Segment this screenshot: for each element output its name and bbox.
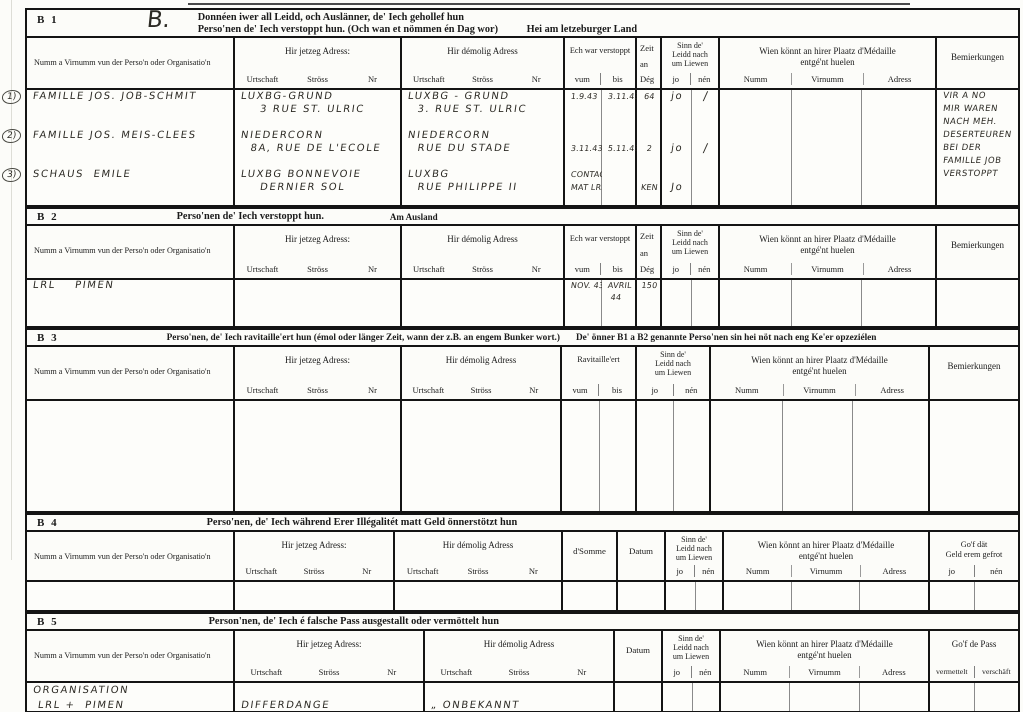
b3-col-name: Numm a Virnumm vun der Perso'n oder Orga…	[26, 346, 234, 400]
b2-col-bemierkungen: Bemierkungen	[936, 225, 1019, 279]
b3-body-jetzeg	[234, 400, 401, 512]
b4-titlebar: B 4 Perso'nen, de' Iech während Erer Ill…	[26, 514, 1019, 531]
b2-col-sinn: Sinn de'Leidd nachum Liewen jonén	[661, 225, 719, 279]
b1-col-jetzeg: Hir jetzeg Adress: UrtschaftStrössNr	[234, 37, 401, 89]
b2-titlebar: B 2 Perso'nen de' Iech verstoppt hun. Am…	[26, 208, 1019, 225]
hw-entry: DERNIER SOL	[240, 181, 402, 194]
b3-col-medaille: Wien könnt an hirer Plaatz d'Médaille en…	[710, 346, 929, 400]
hw-entry: 3 RUE ST. ULRIC	[240, 103, 402, 116]
b4-col-demolig: Hir démolig Adress UrtschaftStrössNr	[394, 531, 562, 581]
b1-col-verstoppt: Ech war verstoppt vumbis	[564, 37, 636, 89]
b4-body-medaille-virnumm	[791, 581, 859, 611]
hw-entry: NIEDERCORN	[407, 129, 565, 142]
b1-body-name: FAMILLE JOS. JOB-SCHMIT FAMILLE JOS. MEI…	[26, 89, 234, 206]
b2-col-demolig: Hir démolig Adress UrtschaftStrössNr	[401, 225, 564, 279]
b4-body-geld-jo	[929, 581, 974, 611]
b5-section-label: B 5	[37, 616, 59, 628]
hw-entry: jo	[662, 90, 692, 103]
b3-title-2: De' önner B1 a B2 genannte Perso'nen sin…	[576, 333, 877, 343]
b5-col-name: Numm a Virnumm vun der Perso'n oder Orga…	[26, 630, 234, 682]
b5-col-demolig: Hir démolig Adress UrtschaftStrössNr	[424, 630, 614, 682]
b5-body-pass-vermettelt	[929, 682, 974, 712]
b3-body-medaille-numm	[710, 400, 782, 512]
b1-title-line2: Perso'nen de' Iech verstoppt hun. (Och w…	[198, 24, 498, 35]
b1-col-sinn: Sinn de'Leidd nachum Liewen jonén	[661, 37, 719, 89]
section-b1: B 1 B. Donnéen iwer all Leidd, och Auslä…	[25, 8, 1020, 207]
b4-col-jetzeg: Hir jetzeg Adress: UrtschaftStrössNr	[234, 531, 394, 581]
b2-body-vum: NOV. 43	[564, 279, 601, 327]
b2-body-nen	[691, 279, 719, 327]
b3-col-ravitailleert: Ravitaille'ert vumbis	[561, 346, 636, 400]
hw-entry: 5.11.43	[607, 142, 637, 155]
b3-section-label: B 3	[37, 332, 59, 344]
b2-body-demolig	[401, 279, 564, 327]
paper-top-edge-line	[188, 3, 910, 5]
hw-entry: LRL PIMEN	[32, 280, 235, 292]
b2-body-medaille-adress	[861, 279, 936, 327]
hw-entry: LUXBG - GRUND	[407, 90, 565, 103]
margin-row-marker-3: 3)	[1, 168, 22, 182]
hw-entry: LUXBG	[407, 168, 565, 181]
hw-entry: Jo	[662, 181, 692, 194]
b1-col-medaille: Wien könnt an hirer Plaatz d'Médaille en…	[719, 37, 936, 89]
hw-entry: FAMILLE JOS. MEIS-CLEES	[32, 129, 235, 142]
scanned-form-page: 1) 2) 3) B 1 B. Donnéen iwer all Leidd, …	[0, 0, 1023, 712]
b4-section-label: B 4	[37, 517, 59, 529]
b4-col-geld: Go'f dät Geld erem gefrot jonén	[929, 531, 1019, 581]
b3-body-name	[26, 400, 234, 512]
b1-titlebar: B 1 B. Donnéen iwer all Leidd, och Auslä…	[26, 9, 1019, 37]
b1-body-bis: 3.11.43 5.11.43	[601, 89, 636, 206]
b1-body-zeit: 64 2 KEN	[636, 89, 661, 206]
b2-title: Perso'nen de' Iech verstoppt hun.	[177, 211, 324, 222]
b3-body-nen	[673, 400, 710, 512]
hw-entry: KEN	[637, 181, 662, 194]
b5-title: Person'nen, de' Iech é falsche Pass ausg…	[209, 616, 499, 627]
b5-body-medaille-numm	[720, 682, 789, 712]
b2-col-jetzeg: Hir jetzeg Adress: UrtschaftStrössNr	[234, 225, 401, 279]
hw-entry: 3.11.43	[607, 90, 637, 103]
hw-entry: MAT LRL.	[570, 181, 602, 194]
b4-body-demolig	[394, 581, 562, 611]
b3-col-bemierkungen: Bemierkungen	[929, 346, 1019, 400]
b1-handwritten-letter: B.	[145, 7, 171, 33]
b5-body-jo	[662, 682, 692, 712]
margin-row-marker-2: 2)	[1, 129, 22, 143]
b3-body-medaille-adress	[852, 400, 929, 512]
paper-fold-line	[11, 0, 12, 560]
b1-col-name: Numm a Virnumm vun der Perso'n oder Orga…	[26, 37, 234, 89]
b4-title: Perso'nen, de' Iech während Erer Illégal…	[207, 517, 518, 528]
b1-title-right: Hei am letzeburger Land	[527, 24, 638, 35]
b2-body-bis: AVRIL 44	[601, 279, 636, 327]
b1-body-jo: jo jo Jo	[661, 89, 691, 206]
b5-titlebar: B 5 Person'nen, de' Iech é falsche Pass …	[26, 613, 1019, 630]
b4-body-jetzeg	[234, 581, 394, 611]
b4-body-datum	[617, 581, 665, 611]
b3-body-vum	[561, 400, 599, 512]
hw-entry: LUXBG BONNEVOIE	[240, 168, 402, 181]
b5-col-sinn: Sinn de'Leidd nachum Liewen jonén	[662, 630, 720, 682]
b3-col-demolig: Hir démolig Adress UrtschaftStrössNr	[401, 346, 561, 400]
b5-body-datum	[614, 682, 662, 712]
hw-entry: FAMILLE JOS. JOB-SCHMIT	[32, 90, 235, 103]
b4-body-nen	[695, 581, 723, 611]
b2-body-bemierkungen	[936, 279, 1019, 327]
hw-entry: BEI DER	[942, 142, 1020, 155]
hw-entry: „ ONBEKANNT	[430, 698, 615, 712]
hw-entry: CONTACT	[570, 168, 602, 181]
b4-col-somme: d'Somme	[562, 531, 617, 581]
hw-entry: 150	[637, 280, 662, 292]
section-b3: B 3 Perso'nen, de' Iech ravitaille'ert h…	[25, 328, 1020, 513]
b5-body-medaille-virnumm	[789, 682, 859, 712]
b3-body-jo	[636, 400, 673, 512]
b5-col-pass: Go'f de Pass vermetteltverschäft	[929, 630, 1019, 682]
b3-col-sinn: Sinn de'Leidd nachum Liewen jonén	[636, 346, 710, 400]
b5-col-datum: Datum	[614, 630, 662, 682]
hw-entry: 1.9.43	[570, 90, 602, 103]
hw-entry: 3.11.43	[570, 142, 602, 155]
b1-title: Donnéen iwer all Leidd, och Auslänner, d…	[198, 10, 637, 36]
b1-body-nen: / /	[691, 89, 719, 206]
b2-col-medaille: Wien könnt an hirer Plaatz d'Médaille en…	[719, 225, 936, 279]
b1-body-bemierkungen: VIR A NO MIR WAREN NACH MEH. DESERTEUREN…	[936, 89, 1019, 206]
hw-entry: DESERTEUREN	[942, 129, 1020, 142]
b5-body-medaille-adress	[859, 682, 929, 712]
b4-body-jo	[665, 581, 695, 611]
b1-section-label: B 1	[37, 14, 59, 26]
hw-entry: 8A, RUE DE L'ECOLE	[240, 142, 402, 155]
hw-entry: NACH MEH.	[942, 116, 1020, 129]
b5-body-demolig: „ ONBEKANNT	[424, 682, 614, 712]
b5-col-jetzeg: Hir jetzeg Adress: UrtschaftStrössNr	[234, 630, 424, 682]
b1-body-jetzeg: LUXBG-GRUND 3 RUE ST. ULRIC NIEDERCORN 8…	[234, 89, 401, 206]
hw-entry: DIFFERDANGE	[240, 698, 425, 712]
hw-entry: FAMILLE JOB	[942, 155, 1020, 168]
b2-col-zeit: ZeitanDég	[636, 225, 661, 279]
b4-col-medaille: Wien könnt an hirer Plaatz d'Médaille en…	[723, 531, 929, 581]
b4-body-medaille-numm	[723, 581, 791, 611]
b2-body-zeit: 150	[636, 279, 661, 327]
b2-body-medaille-virnumm	[791, 279, 861, 327]
hw-entry: jo	[662, 142, 692, 155]
b5-col-medaille: Wien könnt an hirer Plaatz d'Médaille en…	[720, 630, 929, 682]
b3-col-jetzeg: Hir jetzeg Adress: UrtschaftStrössNr	[234, 346, 401, 400]
b1-col-demolig: Hir démolig Adress UrtschaftStrössNr	[401, 37, 564, 89]
b2-title-right: Am Ausland	[390, 212, 438, 222]
b3-title-1: Perso'nen, de' Iech ravitaille'ert hun (…	[167, 333, 560, 343]
b5-body-nen	[692, 682, 720, 712]
b1-col-bemierkungen: Bemierkungen	[936, 37, 1019, 89]
section-b4: B 4 Perso'nen, de' Iech während Erer Ill…	[25, 513, 1020, 612]
section-b5: B 5 Person'nen, de' Iech é falsche Pass …	[25, 612, 1020, 712]
b4-body-name	[26, 581, 234, 611]
hw-entry: AVRIL	[607, 280, 637, 292]
b1-title-line1: Donnéen iwer all Leidd, och Auslänner, d…	[198, 12, 637, 24]
b3-titlebar: B 3 Perso'nen, de' Iech ravitaille'ert h…	[26, 329, 1019, 346]
b2-body-medaille-numm	[719, 279, 791, 327]
b4-body-geld-nen	[974, 581, 1019, 611]
hw-entry: 3. RUE ST. ULRIC	[407, 103, 565, 116]
hw-entry: /	[692, 90, 720, 103]
b4-col-name: Numm a Virnumm vun der Perso'n oder Orga…	[26, 531, 234, 581]
hw-entry: VERSTOPPT	[942, 168, 1020, 181]
section-b2: B 2 Perso'nen de' Iech verstoppt hun. Am…	[25, 207, 1020, 328]
b1-body-medaille-virnumm	[791, 89, 861, 206]
hw-entry: LUXBG-GRUND	[240, 90, 402, 103]
hw-entry: VIR A NO	[942, 90, 1020, 103]
hw-entry: RUE PHILIPPE II	[407, 181, 565, 194]
b4-body-somme	[562, 581, 617, 611]
b4-col-sinn: Sinn de'Leidd nachum Liewen jonén	[665, 531, 723, 581]
b2-col-name: Numm a Virnumm vun der Perso'n oder Orga…	[26, 225, 234, 279]
b1-col-zeit: ZeitanDég	[636, 37, 661, 89]
b5-body-jetzeg: DIFFERDANGE	[234, 682, 424, 712]
b3-body-medaille-virnumm	[782, 400, 852, 512]
b1-body-demolig: LUXBG - GRUND 3. RUE ST. ULRIC NIEDERCOR…	[401, 89, 564, 206]
b4-body-medaille-adress	[859, 581, 929, 611]
b1-body-medaille-adress	[861, 89, 936, 206]
b5-body-name: ORGANISATION LRL + PIMEN	[26, 682, 234, 712]
hw-entry: MIR WAREN	[942, 103, 1020, 116]
hw-entry: LRL + PIMEN	[32, 698, 235, 712]
form-body: B 1 B. Donnéen iwer all Leidd, och Auslä…	[25, 8, 1020, 712]
hw-entry: 44	[607, 292, 637, 304]
hw-entry: 2	[637, 142, 662, 155]
hw-entry: 64	[637, 90, 662, 103]
b2-col-verstoppt: Ech war verstoppt vumbis	[564, 225, 636, 279]
b2-body-name: LRL PIMEN	[26, 279, 234, 327]
hw-entry: ORGANISATION	[32, 683, 235, 698]
hw-entry: NIEDERCORN	[240, 129, 402, 142]
hw-entry: /	[692, 142, 720, 155]
b4-col-datum: Datum	[617, 531, 665, 581]
b2-body-jetzeg	[234, 279, 401, 327]
hw-entry: RUE DU STADE	[407, 142, 565, 155]
b2-section-label: B 2	[37, 211, 59, 223]
b1-body-vum: 1.9.43 3.11.43 CONTACT MAT LRL.	[564, 89, 601, 206]
b1-body-medaille-numm	[719, 89, 791, 206]
b5-body-pass-verschaft	[974, 682, 1019, 712]
b3-body-bemierkungen	[929, 400, 1019, 512]
b3-body-demolig	[401, 400, 561, 512]
hw-entry: SCHAUS EMILE	[32, 168, 235, 181]
margin-row-marker-1: 1)	[1, 90, 22, 104]
b3-body-bis	[599, 400, 636, 512]
b2-body-jo	[661, 279, 691, 327]
hw-entry: NOV. 43	[570, 280, 602, 292]
